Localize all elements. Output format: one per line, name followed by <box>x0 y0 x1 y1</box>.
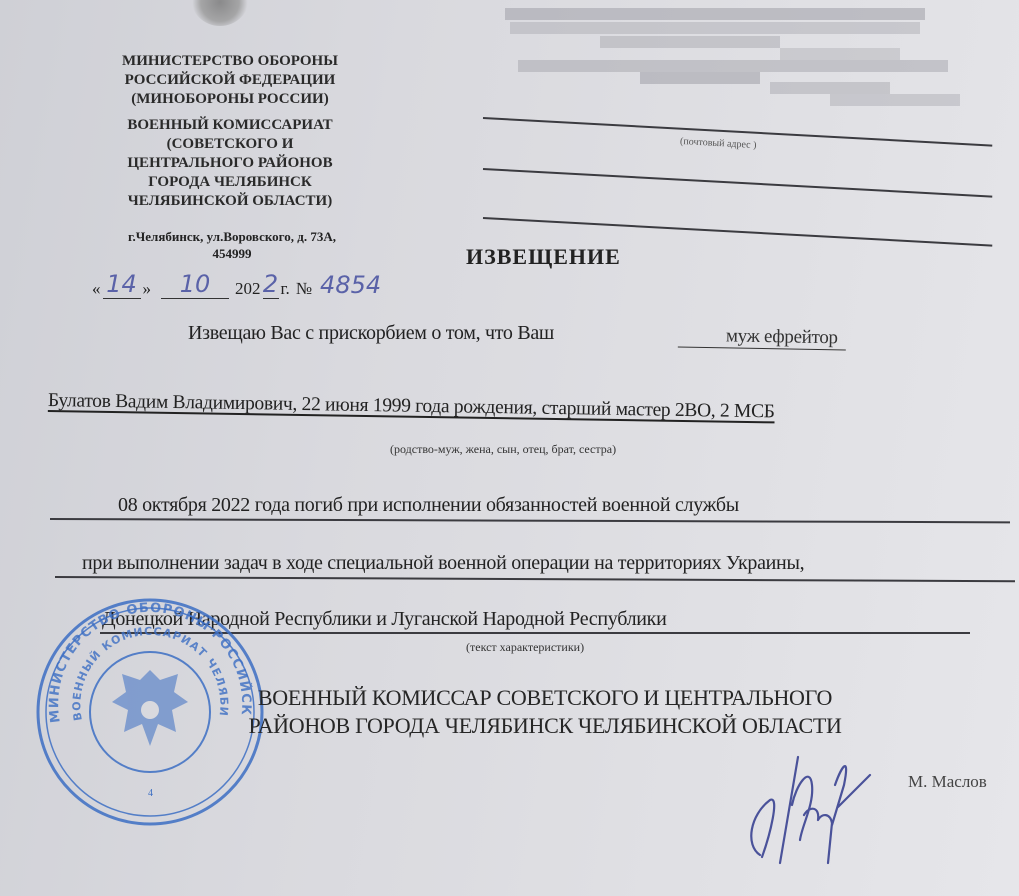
ministry-header: МИНИСТЕРСТВО ОБОРОНЫ РОССИЙСКОЙ ФЕДЕРАЦИ… <box>80 52 380 109</box>
commissariat-line: (СОВЕТСКОГО И <box>80 135 380 154</box>
date-close-quote: » <box>143 279 152 299</box>
address-line <box>483 168 992 198</box>
number-label: № <box>296 279 312 299</box>
fill-line <box>55 576 1015 582</box>
death-line-1: 08 октября 2022 года погиб при исполнени… <box>118 494 739 517</box>
document-date-number: « 14 » 10 202 2 г. № 4854 <box>92 270 381 299</box>
sender-address: г.Челябинск, ул.Воровского, д. 73А, 4549… <box>52 228 412 262</box>
relation-hint: (родство-муж, жена, сын, отец, брат, сес… <box>390 442 616 457</box>
eagle-emblem-icon <box>112 670 188 746</box>
deceased-person: Булатов Вадим Владимирович, 22 июня 1999… <box>48 390 775 423</box>
commissariat-line: ЧЕЛЯБИНСКОЙ ОБЛАСТИ) <box>80 192 380 211</box>
handwritten-signature <box>740 745 890 875</box>
commissariat-header: ВОЕННЫЙ КОМИССАРИАТ (СОВЕТСКОГО И ЦЕНТРА… <box>80 116 380 211</box>
date-year-prefix: 202 <box>235 279 261 299</box>
signer-position: ВОЕННЫЙ КОМИССАР СОВЕТСКОГО И ЦЕНТРАЛЬНО… <box>190 684 900 740</box>
date-year-suffix: 2 <box>263 270 279 299</box>
signer-position-line: ВОЕННЫЙ КОМИССАР СОВЕТСКОГО И ЦЕНТРАЛЬНО… <box>190 684 900 712</box>
date-day: 14 <box>103 270 141 299</box>
address-line <box>483 217 992 247</box>
address-postcode: 454999 <box>52 245 412 262</box>
signer-name: М. Маслов <box>908 772 987 792</box>
characteristic-hint: (текст характеристики) <box>466 640 584 655</box>
signer-position-line: РАЙОНОВ ГОРОДА ЧЕЛЯБИНСК ЧЕЛЯБИНСКОЙ ОБЛ… <box>190 712 900 740</box>
stamp-number: 4 <box>148 788 153 799</box>
address-street: г.Челябинск, ул.Воровского, д. 73А, <box>52 228 412 245</box>
coat-of-arms-icon <box>190 0 250 26</box>
relation-field: муж ефрейтор <box>678 325 846 351</box>
fill-line <box>50 518 1010 523</box>
notice-intro: Извещаю Вас с прискорбием о том, что Ваш <box>188 322 554 345</box>
document-title: ИЗВЕЩЕНИЕ <box>466 244 621 270</box>
commissariat-line: ВОЕННЫЙ КОМИССАРИАТ <box>80 116 380 135</box>
death-line-2: при выполнении задач в ходе специальной … <box>82 552 804 575</box>
date-open-quote: « <box>92 279 101 299</box>
date-year-label: г. <box>281 279 290 299</box>
ministry-line: РОССИЙСКОЙ ФЕДЕРАЦИИ <box>80 71 380 90</box>
commissariat-line: ЦЕНТРАЛЬНОГО РАЙОНОВ <box>80 154 380 173</box>
redacted-recipient <box>490 0 990 105</box>
document-number: 4854 <box>320 271 381 299</box>
postal-address-hint: (почтовый адрес ) <box>680 136 757 151</box>
ministry-line: МИНИСТЕРСТВО ОБОРОНЫ <box>80 52 380 71</box>
date-month: 10 <box>161 270 229 299</box>
ministry-line: (МИНОБОРОНЫ РОССИИ) <box>80 90 380 109</box>
commissariat-line: ГОРОДА ЧЕЛЯБИНСК <box>80 173 380 192</box>
